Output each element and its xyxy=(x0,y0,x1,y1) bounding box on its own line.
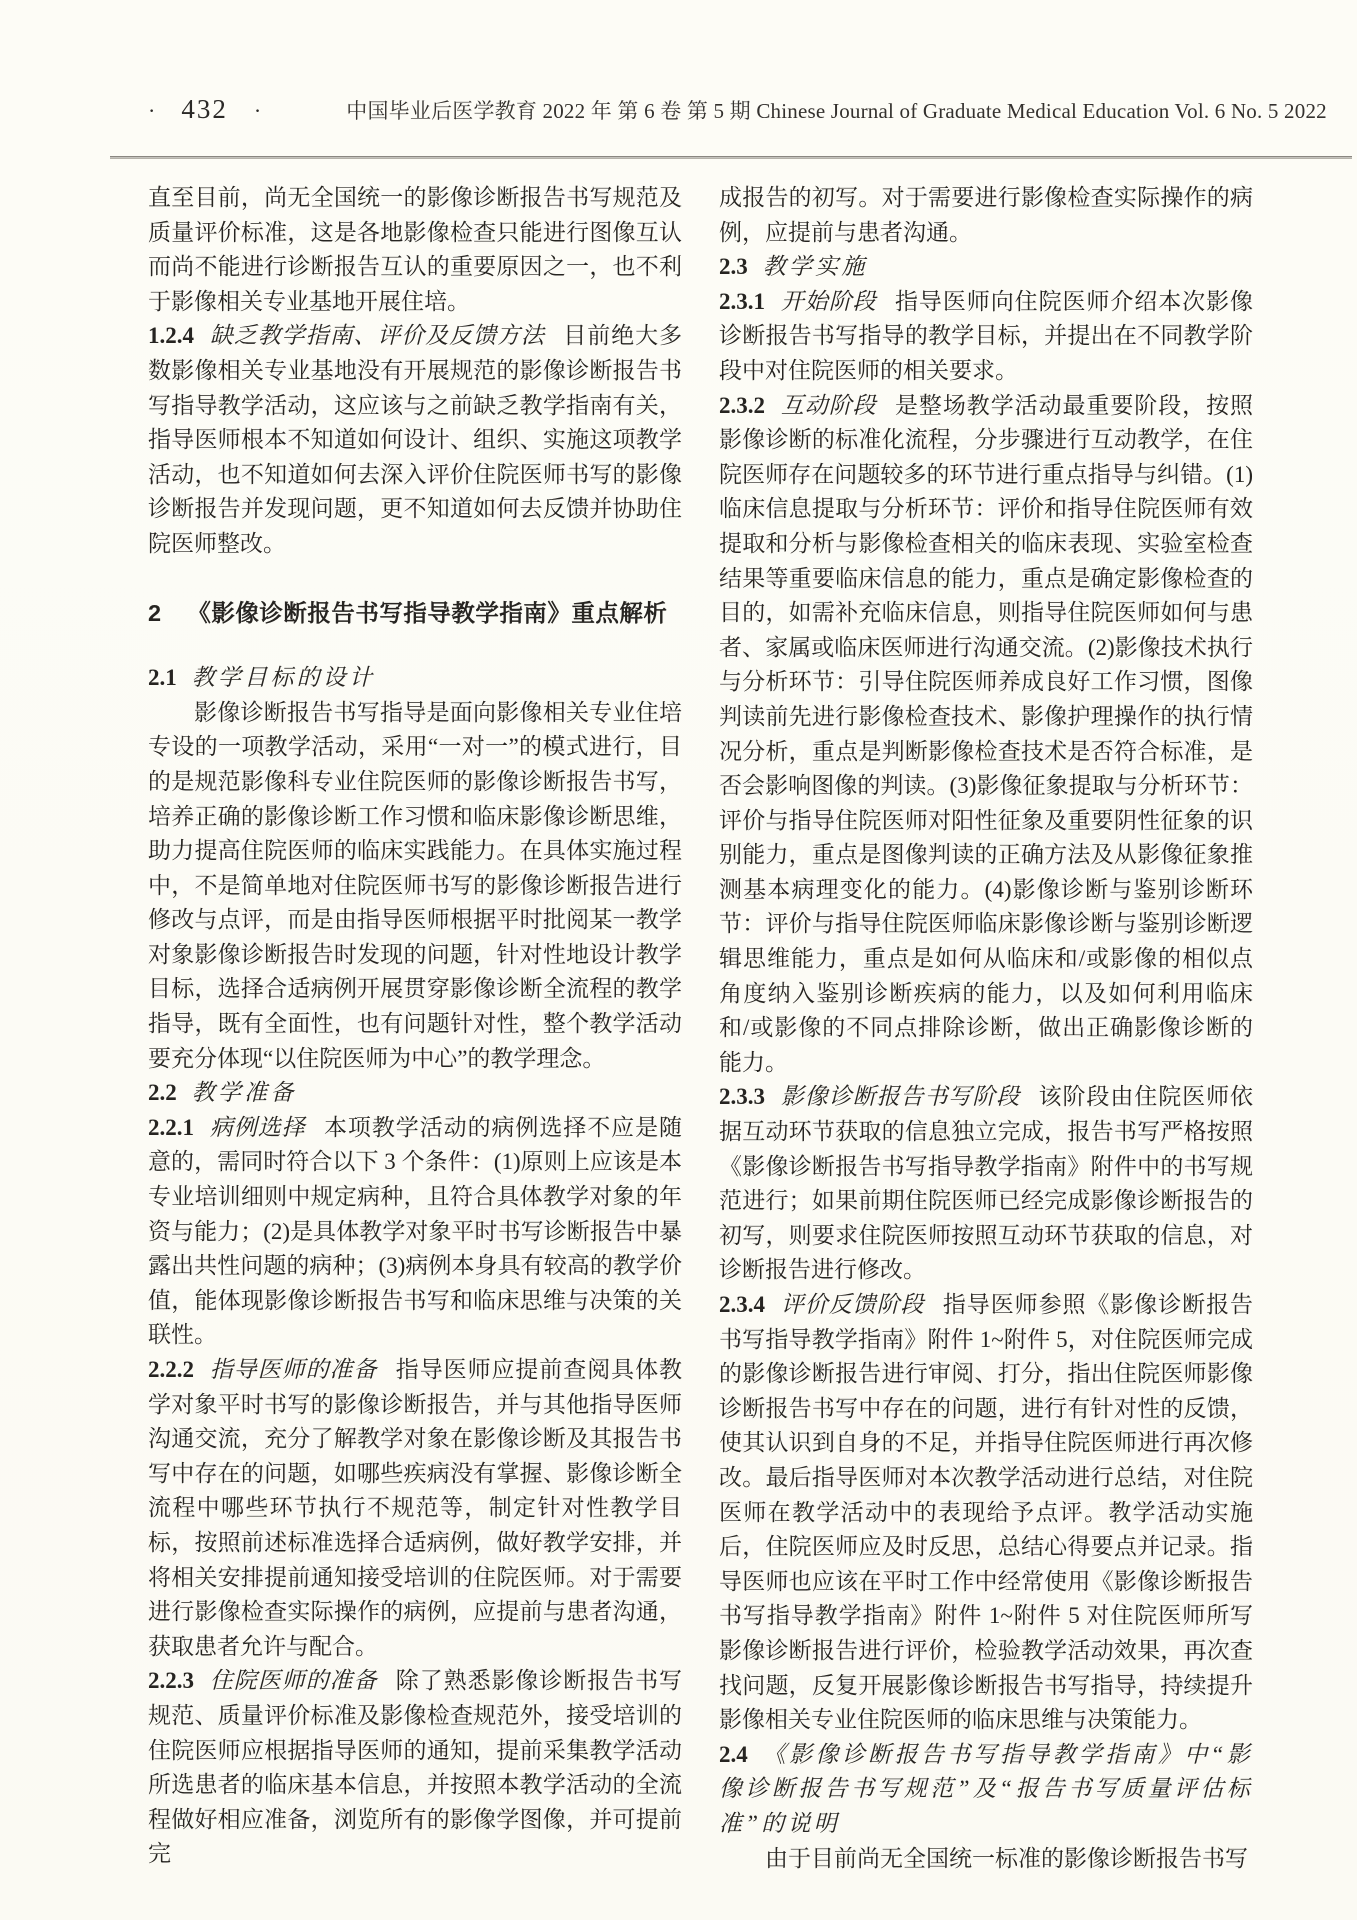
paragraph-text: 直至目前，尚无全国统一的影像诊断报告书写规范及质量评价标准，这是各地影像检查只能… xyxy=(148,185,682,314)
running-head: · 432 · 中国毕业后医学教育 2022 年 第 6 卷 第 5 期 Chi… xyxy=(148,94,1348,125)
journal-page: · 432 · 中国毕业后医学教育 2022 年 第 6 卷 第 5 期 Chi… xyxy=(0,0,1357,1920)
subsection-heading: 2.3教学实施 xyxy=(719,250,1253,285)
heading-number: 2 xyxy=(148,600,162,626)
heading-title: 开始阶段 xyxy=(780,289,877,314)
heading-number: 2.3.4 xyxy=(719,1292,765,1317)
heading-number: 2.3.3 xyxy=(719,1084,765,1109)
column-left: 直至目前，尚无全国统一的影像诊断报告书写规范及质量评价标准，这是各地影像检查只能… xyxy=(148,181,682,1872)
page-number: 432 xyxy=(181,94,228,125)
paragraph-text: 由于目前尚无全国统一标准的影像诊断报告书写 xyxy=(765,1846,1248,1871)
heading-number: 2.1 xyxy=(148,665,177,690)
heading-title: 《影像诊断报告书写指导教学指南》中“影像诊断报告书写规范”及“报告书写质量评估标… xyxy=(719,1742,1253,1836)
paragraph-text: 除了熟悉影像诊断报告书写规范、质量评价标准及影像检查规范外，接受培训的住院医师应… xyxy=(148,1668,682,1866)
heading-title: 病例选择 xyxy=(209,1115,306,1140)
paragraph: 由于目前尚无全国统一标准的影像诊断报告书写 xyxy=(719,1842,1253,1877)
heading-title: 《影像诊断报告书写指导教学指南》重点解析 xyxy=(187,600,667,626)
section-heading: 2《影像诊断报告书写指导教学指南》重点解析 xyxy=(148,596,682,631)
paragraph-text: 指导医师应提前查阅具体教学对象平时书写的影像诊断报告，并与其他指导医师沟通交流，… xyxy=(148,1357,682,1659)
paragraph-text: 本项教学活动的病例选择不应是随意的，需同时符合以下 3 个条件：(1)原则上应该… xyxy=(148,1115,682,1348)
numbered-paragraph: 2.3.1开始阶段指导医师向住院医师介绍本次影像诊断报告书写指导的教学目标，并提… xyxy=(719,285,1253,389)
heading-number: 1.2.4 xyxy=(148,323,194,348)
numbered-paragraph: 2.2.1病例选择本项教学活动的病例选择不应是随意的，需同时符合以下 3 个条件… xyxy=(148,1111,682,1353)
heading-number: 2.2 xyxy=(148,1080,177,1105)
heading-number: 2.3.1 xyxy=(719,289,765,314)
paragraph-text: 该阶段由住院医师依据互动环节获取的信息独立完成，报告书写严格按照《影像诊断报告书… xyxy=(719,1084,1253,1282)
heading-number: 2.4 xyxy=(719,1742,748,1767)
heading-title: 教学准备 xyxy=(192,1080,297,1105)
heading-title: 影像诊断报告书写阶段 xyxy=(780,1084,1020,1109)
page-number-dot-left: · xyxy=(148,98,155,124)
page-number-dot-right: · xyxy=(254,98,261,124)
paragraph-text: 指导医师参照《影像诊断报告书写指导教学指南》附件 1~附件 5，对住院医师完成的… xyxy=(719,1292,1253,1732)
numbered-paragraph: 2.3.4评价反馈阶段指导医师参照《影像诊断报告书写指导教学指南》附件 1~附件… xyxy=(719,1288,1253,1738)
heading-number: 2.2.1 xyxy=(148,1115,194,1140)
numbered-paragraph: 2.3.3影像诊断报告书写阶段该阶段由住院医师依据互动环节获取的信息独立完成，报… xyxy=(719,1080,1253,1288)
column-right: 成报告的初写。对于需要进行影像检查实际操作的病例，应提前与患者沟通。2.3教学实… xyxy=(719,181,1253,1876)
paragraph: 直至目前，尚无全国统一的影像诊断报告书写规范及质量评价标准，这是各地影像检查只能… xyxy=(148,181,682,319)
subsection-heading: 2.2教学准备 xyxy=(148,1076,682,1111)
heading-title: 教学目标的设计 xyxy=(192,665,376,690)
paragraph-text: 目前绝大多数影像相关专业基地没有开展规范的影像诊断报告书写指导教学活动，这应该与… xyxy=(148,323,682,556)
heading-title: 指导医师的准备 xyxy=(209,1357,377,1382)
paragraph: 成报告的初写。对于需要进行影像检查实际操作的病例，应提前与患者沟通。 xyxy=(719,181,1253,250)
numbered-paragraph: 2.3.2互动阶段是整场教学活动最重要阶段，按照影像诊断的标准化流程，分步骤进行… xyxy=(719,389,1253,1081)
heading-title: 教学实施 xyxy=(763,254,868,279)
numbered-paragraph: 2.2.2指导医师的准备指导医师应提前查阅具体教学对象平时书写的影像诊断报告，并… xyxy=(148,1353,682,1664)
heading-title: 互动阶段 xyxy=(780,393,877,418)
paragraph-text: 是整场教学活动最重要阶段，按照影像诊断的标准化流程，分步骤进行互动教学，在住院医… xyxy=(719,393,1253,1075)
numbered-paragraph: 1.2.4缺乏教学指南、评价及反馈方法目前绝大多数影像相关专业基地没有开展规范的… xyxy=(148,319,682,561)
header-rule xyxy=(110,156,1352,159)
subsection-heading: 2.4《影像诊断报告书写指导教学指南》中“影像诊断报告书写规范”及“报告书写质量… xyxy=(719,1738,1253,1842)
paragraph-text: 成报告的初写。对于需要进行影像检查实际操作的病例，应提前与患者沟通。 xyxy=(719,185,1253,245)
heading-title: 评价反馈阶段 xyxy=(780,1292,925,1317)
page-number-group: · 432 · xyxy=(148,94,261,125)
paragraph: 影像诊断报告书写指导是面向影像相关专业住培专设的一项教学活动，采用“一对一”的模… xyxy=(148,696,682,1077)
paragraph-text: 影像诊断报告书写指导是面向影像相关专业住培专设的一项教学活动，采用“一对一”的模… xyxy=(148,700,682,1071)
numbered-paragraph: 2.2.3住院医师的准备除了熟悉影像诊断报告书写规范、质量评价标准及影像检查规范… xyxy=(148,1664,682,1872)
heading-number: 2.2.3 xyxy=(148,1668,194,1693)
heading-number: 2.2.2 xyxy=(148,1357,194,1382)
heading-number: 2.3.2 xyxy=(719,393,765,418)
heading-title: 住院医师的准备 xyxy=(209,1668,377,1693)
subsection-heading: 2.1教学目标的设计 xyxy=(148,661,682,696)
journal-title-line: 中国毕业后医学教育 2022 年 第 6 卷 第 5 期 Chinese Jou… xyxy=(325,95,1348,125)
heading-number: 2.3 xyxy=(719,254,748,279)
heading-title: 缺乏教学指南、评价及反馈方法 xyxy=(209,323,545,348)
